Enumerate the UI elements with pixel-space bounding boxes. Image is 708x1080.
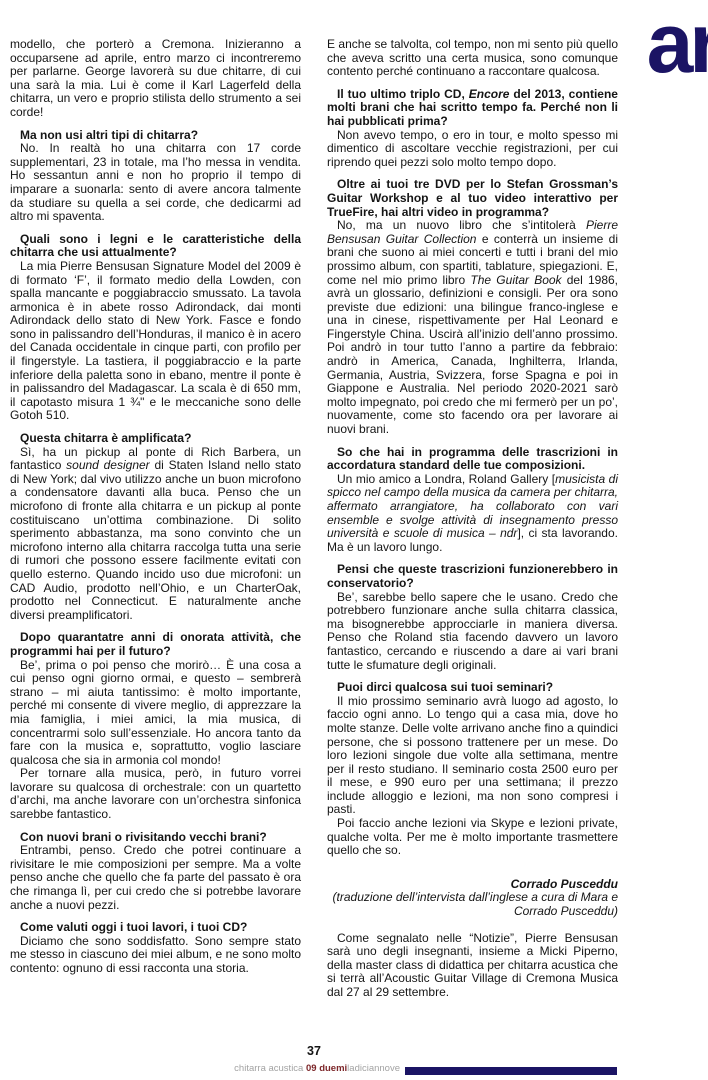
- footer-credit: chitarra acustica 09 duemiladiciannove: [0, 1063, 400, 1075]
- answer-text: di Staten Island nello stato di New York…: [10, 458, 301, 622]
- answer-amplified: Sì, ha un pickup al ponte di Rich Barber…: [10, 446, 301, 623]
- question-seminars: Puoi dirci qualcosa sui tuoi seminari?: [327, 681, 618, 695]
- page-number: 37: [10, 1045, 618, 1059]
- question-conservatory: Pensi che queste trascrizioni funzionere…: [327, 563, 618, 590]
- answer-text: Un mio amico a Londra, Roland Gallery [: [337, 472, 555, 486]
- answer-rate-works: Diciamo che sono soddisfatto. Sono sempr…: [10, 935, 301, 976]
- answer-other-guitars: No. In realtà ho una chitarra con 17 cor…: [10, 142, 301, 224]
- answer-videos: No, ma un nuovo libro che s’intitolerà P…: [327, 219, 618, 437]
- question-transcriptions: So che hai in programma delle trascrizio…: [327, 446, 618, 473]
- paragraph-continuation: modello, che porterò a Cremona. Iniziera…: [10, 38, 301, 120]
- question-other-guitars: Ma non usi altri tipi di chitarra?: [10, 129, 301, 143]
- question-text: Il tuo ultimo triplo CD,: [337, 87, 469, 101]
- right-column: E anche se talvolta, col tempo, non mi s…: [327, 38, 618, 1000]
- answer-transcriptions: Un mio amico a Londra, Roland Gallery [m…: [327, 473, 618, 555]
- footer-bar: [405, 1067, 617, 1075]
- answer-woods: La mia Pierre Bensusan Signature Model d…: [10, 260, 301, 423]
- translation-note: (traduzione dell’intervista dall’inglese…: [327, 891, 618, 918]
- answer-text: del 1986, avrà un glossario, definizioni…: [327, 273, 618, 437]
- answer-seminars-p2: Poi faccio anche lezioni via Skype e lez…: [327, 817, 618, 858]
- answer-text: No, ma un nuovo libro che s’intitolerà: [337, 218, 586, 232]
- question-woods: Quali sono i legni e le caratteristiche …: [10, 233, 301, 260]
- question-future: Dopo quarantatre anni di onorata attivit…: [10, 631, 301, 658]
- magazine-name: chitarra acustica: [234, 1063, 306, 1074]
- answer-future-p1: Be’, prima o poi penso che morirò… È una…: [10, 659, 301, 768]
- magazine-logo: ar: [647, 4, 708, 84]
- book-title: The Guitar Book: [470, 273, 561, 287]
- question-new-or-old: Con nuovi brani o rivisitando vecchi bra…: [10, 831, 301, 845]
- left-column: modello, che porterò a Cremona. Iniziera…: [10, 38, 301, 1000]
- article-columns: modello, che porterò a Cremona. Iniziera…: [10, 38, 618, 1000]
- italic-term: sound designer: [66, 458, 150, 472]
- question-encore-cd: Il tuo ultimo triplo CD, Encore del 2013…: [327, 88, 618, 129]
- magazine-page: ar modello, che porterò a Cremona. Inizi…: [0, 0, 708, 1080]
- answer-new-or-old: Entrambi, penso. Credo che potrei contin…: [10, 844, 301, 912]
- question-videos: Oltre ai tuoi tre DVD per lo Stefan Gros…: [327, 178, 618, 219]
- issue-year: ladiciannove: [347, 1063, 400, 1074]
- author-byline: Corrado Pusceddu: [327, 878, 618, 892]
- answer-seminars-p1: Il mio prossimo seminario avrà luogo ad …: [327, 695, 618, 817]
- issue-number: 09 duemi: [306, 1063, 347, 1074]
- answer-encore-cd: Non avevo tempo, o ero in tour, e molto …: [327, 129, 618, 170]
- closing-note: Come segnalato nelle “Notizie”, Pierre B…: [327, 932, 618, 1000]
- question-rate-works: Come valuti oggi i tuoi lavori, i tuoi C…: [10, 921, 301, 935]
- album-title: Encore: [469, 87, 510, 101]
- paragraph-continuation: E anche se talvolta, col tempo, non mi s…: [327, 38, 618, 79]
- answer-conservatory: Be’, sarebbe bello sapere che le usano. …: [327, 591, 618, 673]
- answer-future-p2: Per tornare alla musica, però, in futuro…: [10, 767, 301, 821]
- question-amplified: Questa chitarra è amplificata?: [10, 432, 301, 446]
